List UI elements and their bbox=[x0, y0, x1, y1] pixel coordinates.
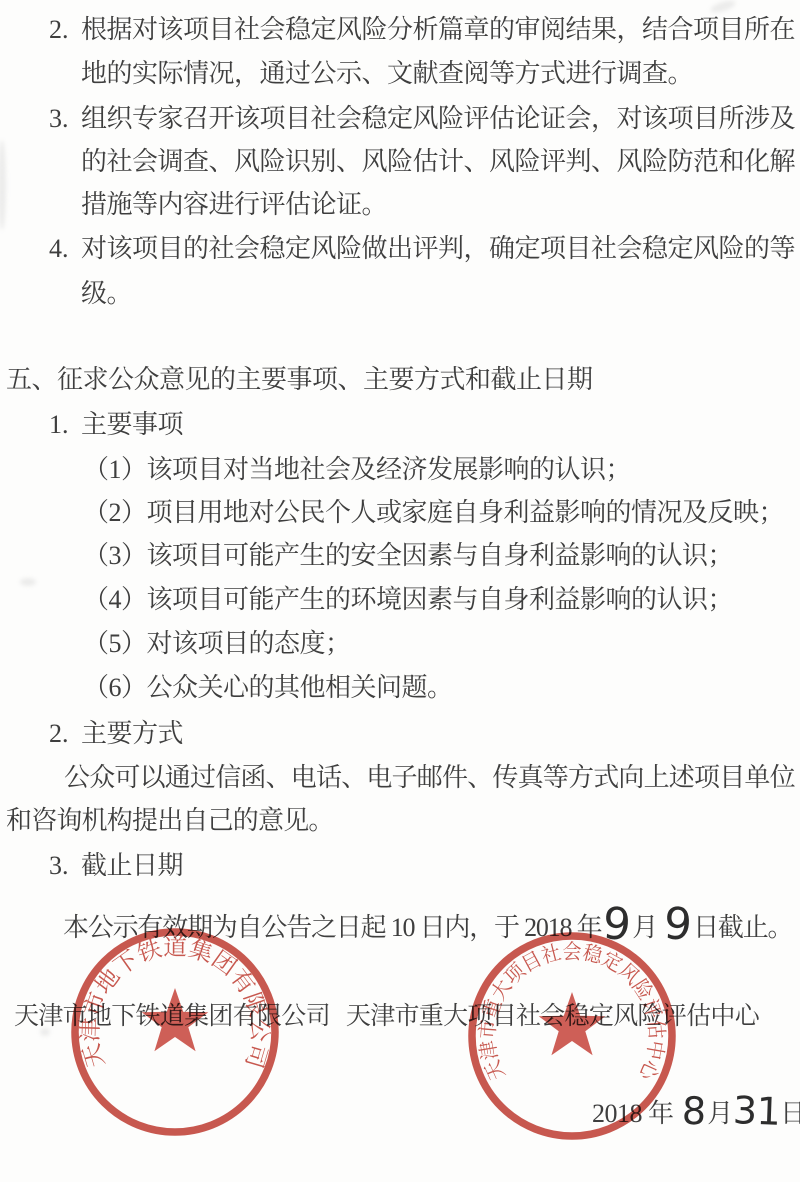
list-text: 组织专家召开该项目社会稳定风险评估论证会，对该项目所涉及 bbox=[81, 104, 795, 133]
sub-item-6: （6）公众关心的其他相关问题。 bbox=[83, 673, 453, 703]
sub-item-3: （3）该项目可能产生的安全因素与自身利益影响的认识； bbox=[83, 541, 733, 571]
star-icon bbox=[142, 988, 209, 1051]
subsection-title-text: 截止日期 bbox=[81, 851, 183, 880]
handwritten-day-digits: 31 bbox=[732, 1097, 780, 1125]
scan-smudge bbox=[40, 1028, 50, 1036]
handwritten-month-digit: 8 bbox=[681, 1098, 706, 1125]
list-number: 3. bbox=[49, 851, 81, 881]
month-label: 月 bbox=[707, 1099, 733, 1128]
list-item-4-line-2: 级。 bbox=[81, 279, 132, 309]
star-icon bbox=[539, 992, 606, 1055]
methods-paragraph-line-1: 公众可以通过信函、电话、电子邮件、传真等方式向上述项目单位 bbox=[64, 763, 795, 793]
subsection-title-text: 主要方式 bbox=[81, 719, 183, 748]
scan-smudge bbox=[20, 578, 36, 586]
list-item-3-line-3: 措施等内容进行评估论证。 bbox=[81, 190, 387, 220]
subsection-title-text: 主要事项 bbox=[81, 410, 183, 439]
list-number: 4. bbox=[49, 234, 81, 264]
scan-smudge bbox=[0, 140, 6, 230]
section-heading: 五、征求公众意见的主要事项、主要方式和截止日期 bbox=[6, 365, 593, 395]
scanned-document-page: 2.根据对该项目社会稳定风险分析篇章的审阅结果，结合项目所在 地的实际情况，通过… bbox=[0, 0, 800, 1182]
list-item-2-line-2: 地的实际情况，通过公示、文献查阅等方式进行调查。 bbox=[81, 59, 693, 89]
list-item-2-line-1: 2.根据对该项目社会稳定风险分析篇章的审阅结果，结合项目所在 bbox=[49, 15, 795, 45]
list-text: 根据对该项目社会稳定风险分析篇章的审阅结果，结合项目所在 bbox=[81, 15, 795, 44]
list-number: 2. bbox=[49, 15, 81, 45]
day-label: 日 bbox=[780, 1099, 800, 1128]
list-text: 对该项目的社会稳定风险做出评判，确定项目社会稳定风险的等 bbox=[81, 234, 795, 263]
subsection-1-title: 1.主要事项 bbox=[49, 410, 183, 440]
scan-smudge bbox=[709, 0, 737, 15]
list-number: 3. bbox=[49, 104, 81, 134]
list-number: 1. bbox=[49, 410, 81, 440]
sub-item-4: （4）该项目可能产生的环境因素与自身利益影响的认识； bbox=[83, 585, 733, 615]
list-item-3-line-1: 3.组织专家召开该项目社会稳定风险评估论证会，对该项目所涉及 bbox=[49, 104, 795, 134]
deadline-suffix: 日截止。 bbox=[693, 913, 792, 942]
subsection-2-title: 2.主要方式 bbox=[49, 719, 183, 749]
subsection-3-title: 3.截止日期 bbox=[49, 851, 183, 881]
list-item-3-line-2: 的社会调查、风险识别、风险估计、风险评判、风险防范和化解 bbox=[81, 147, 795, 177]
list-item-4-line-1: 4.对该项目的社会稳定风险做出评判，确定项目社会稳定风险的等 bbox=[49, 234, 795, 264]
list-number: 2. bbox=[49, 719, 81, 749]
methods-paragraph-line-2: 和咨询机构提出自己的意见。 bbox=[6, 806, 334, 836]
official-seal-metro: 天津市地下铁道集团有限公司 bbox=[66, 923, 284, 1141]
sub-item-2: （2）项目用地对公民个人或家庭自身利益影响的情况及反映； bbox=[83, 498, 784, 528]
sub-item-5: （5）对该项目的态度； bbox=[83, 629, 351, 659]
sub-item-1: （1）该项目对当地社会及经济发展影响的认识； bbox=[83, 455, 631, 485]
official-seal-assessment-center: 天津市重大项目社会稳定风险评估中心 bbox=[463, 927, 681, 1145]
